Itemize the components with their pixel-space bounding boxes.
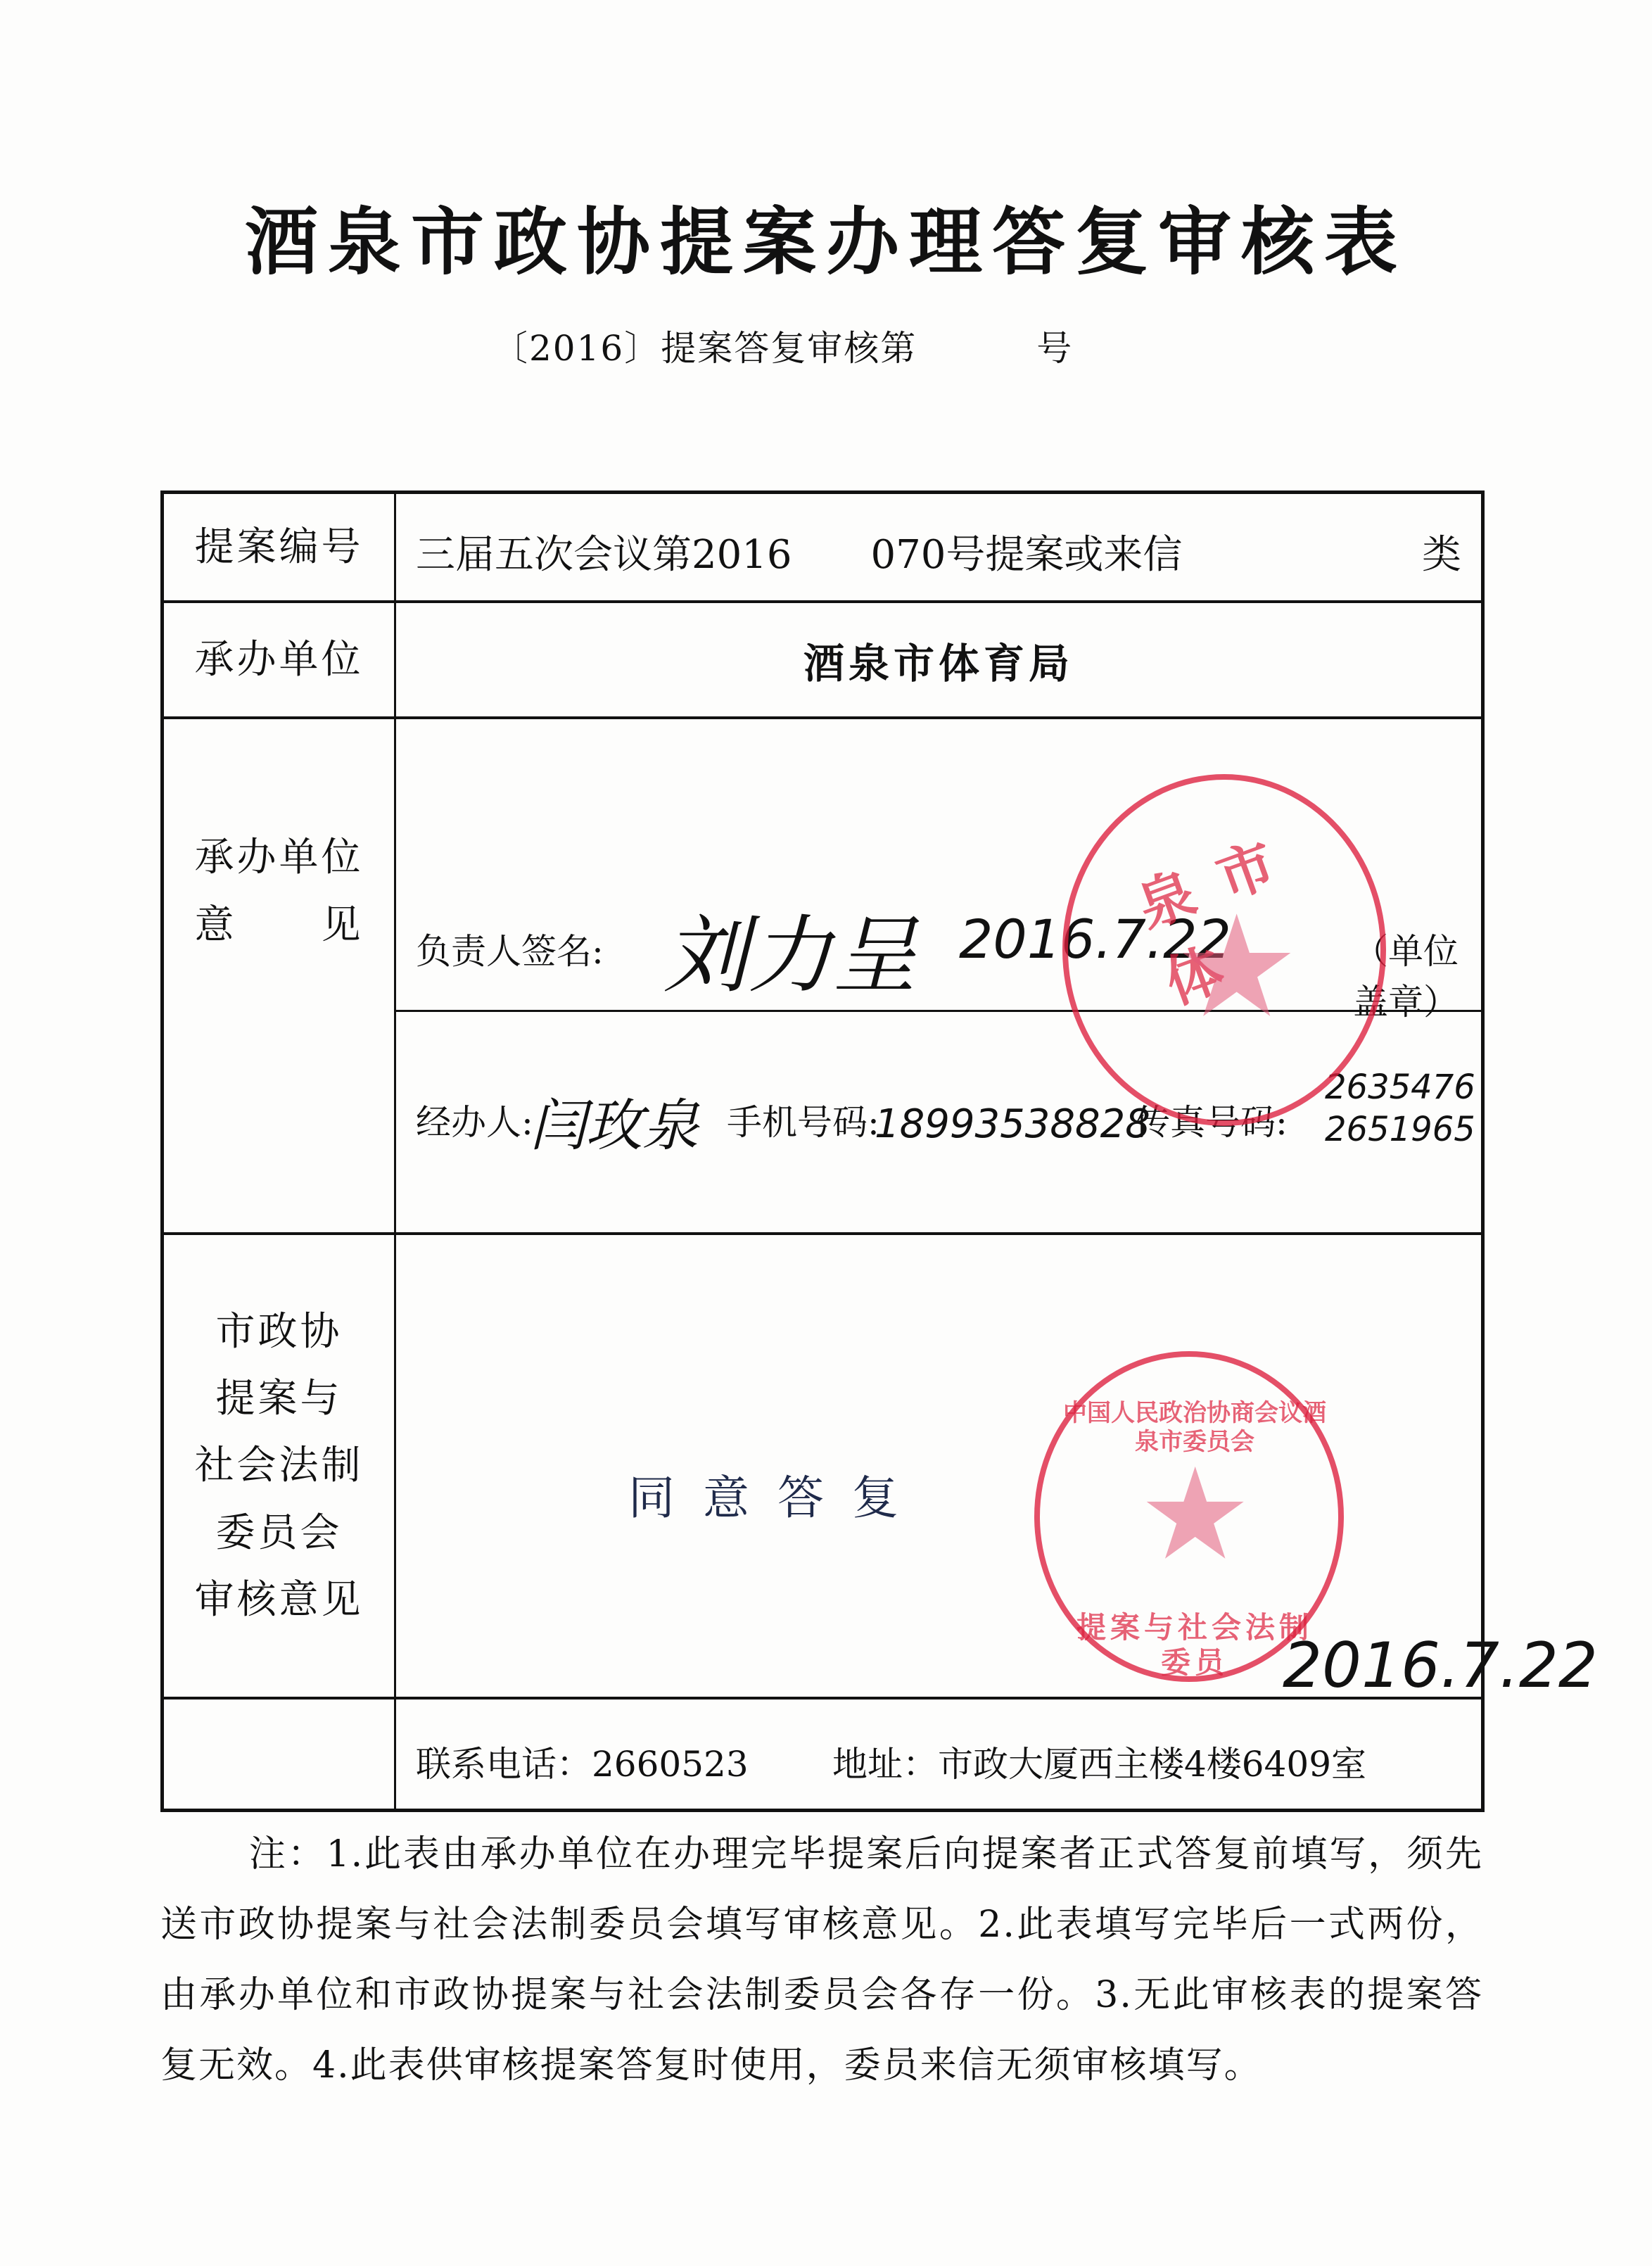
proposal-category-suffix: 类 [1422,524,1461,580]
review-number-line: 〔2016〕提案答复审核第号 [493,320,1073,371]
label-unit-opinion: 承办单位 意 见 [164,719,396,1232]
row-proposal-number: 提案编号 三届五次会议第2016 070号提案或来信 类 [164,494,1481,603]
notes-text: 注：1.此表由承办单位在办理完毕提案后向提案者正式答复前填写，须先送市政协提案与… [160,1833,1483,2087]
review-number-suffix: 号 [1036,328,1073,369]
unit-opinion-content: 负责人签名: 刘力呈 2016.7.22 （单位盖章） 经办人: 闫玫泉 手机号… [396,719,1481,1232]
handwritten-signature: 刘力呈 [663,888,917,1009]
review-opinion: 同意答复 [628,1460,927,1527]
signature-date: 2016.7.22 [959,908,1231,970]
handler-subrow: 经办人: 闫玫泉 手机号码: 18993538828 传真号码: 2635476… [396,1010,1481,1232]
label-proposal-number: 提案编号 [164,494,396,600]
row-contact: 联系电话：2660523 地址：市政大厦西主楼4楼6409室 [164,1699,1481,1812]
signature-label: 负责人签名: [416,923,604,974]
label-committee-review-text: 市政协 提案与 社会法制 委员会 审核意见 [195,1298,364,1633]
handler-name: 闫玫泉 [530,1080,699,1161]
row-committee-review: 市政协 提案与 社会法制 委员会 审核意见 同意答复 2016.7.22 [164,1235,1481,1699]
label-unit-opinion-text: 承办单位 意 见 [195,824,364,958]
fax-value-2: 2651965 [1325,1108,1475,1151]
fax-label: 传真号码: [1135,1094,1288,1145]
fax-value-1: 2635476 [1325,1066,1475,1108]
fax-values: 2635476 2651965 [1325,1066,1475,1151]
review-form-table: 提案编号 三届五次会议第2016 070号提案或来信 类 承办单位 酒泉市体育局… [160,490,1485,1812]
signature-subrow: 负责人签名: 刘力呈 2016.7.22 （单位盖章） [396,719,1481,1012]
mobile-value: 18993538828 [875,1101,1150,1147]
label-committee-review: 市政协 提案与 社会法制 委员会 审核意见 [164,1235,396,1697]
contact-phone: 联系电话：2660523 [416,1736,749,1787]
document-title: 酒泉市政协提案办理答复审核表 [0,183,1652,289]
row-handling-unit: 承办单位 酒泉市体育局 [164,603,1481,719]
row-unit-opinion: 承办单位 意 见 负责人签名: 刘力呈 2016.7.22 （单位盖章） 经办人… [164,719,1481,1235]
form-notes: 注：1.此表由承办单位在办理完毕提案后向提案者正式答复前填写，须先送市政协提案与… [160,1819,1483,2101]
label-contact-blank [164,1699,396,1812]
contact-content: 联系电话：2660523 地址：市政大厦西主楼4楼6409室 [396,1699,1481,1812]
value-handling-unit: 酒泉市体育局 [396,603,1481,716]
handler-label: 经办人: [416,1094,533,1145]
value-proposal-number: 三届五次会议第2016 070号提案或来信 类 [396,494,1481,600]
mobile-label: 手机号码: [727,1094,879,1145]
proposal-number-text: 三届五次会议第2016 070号提案或来信 [416,524,1182,580]
label-handling-unit: 承办单位 [164,603,396,716]
committee-review-content: 同意答复 2016.7.22 [396,1235,1481,1697]
review-number-prefix: 〔2016〕提案答复审核第 [493,328,917,369]
contact-address: 地址：市政大厦西主楼4楼6409室 [832,1736,1366,1787]
review-date: 2016.7.22 [1283,1629,1598,1702]
